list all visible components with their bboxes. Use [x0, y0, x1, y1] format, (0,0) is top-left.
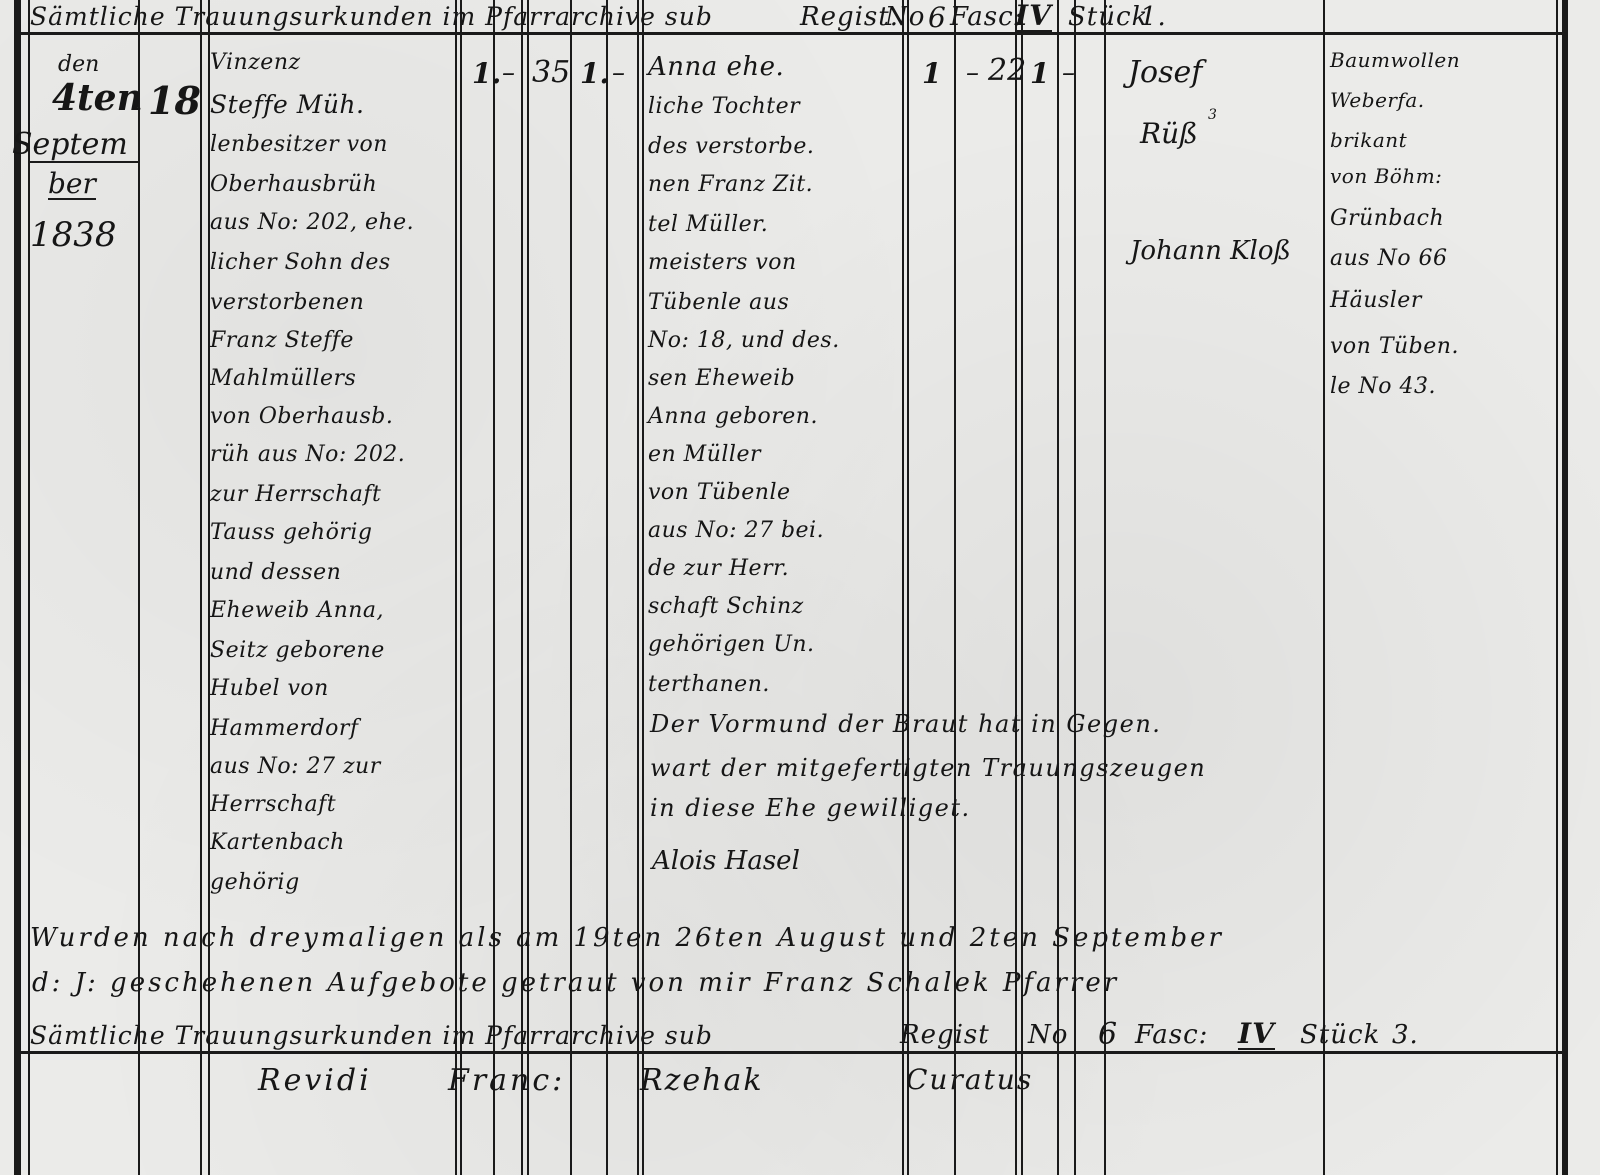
witness-line: Häusler — [1330, 288, 1422, 313]
witness-line: von Tüben. — [1330, 334, 1459, 359]
column-rule — [1057, 0, 1059, 1175]
column-rule — [606, 0, 608, 1175]
priest-line2: Rüß — [1140, 120, 1198, 148]
header-bottom-stueck-value: 3. — [1392, 1022, 1419, 1048]
column-rule — [521, 0, 523, 1175]
footer-note-line: Wurden nach dreymaligen als am 19ten 26t… — [30, 925, 1224, 951]
groom-age: 35 — [532, 58, 570, 88]
groom-religion-dash: – — [502, 60, 515, 86]
column-rule — [1015, 0, 1017, 1175]
groom-line: Hammerdorf — [210, 716, 359, 741]
groom-line: Eheweib Anna, — [210, 598, 384, 623]
header-rule-top — [20, 32, 1565, 35]
right-border-thick — [1562, 0, 1568, 1175]
groom-line: Mahlmüllers — [210, 366, 356, 391]
header-top-fasc-value: IV — [1015, 2, 1052, 32]
header-bottom-text: Sämtliche Trauungsurkunden im Pfarrarchi… — [30, 1023, 713, 1048]
revision-name: Rzehak — [640, 1066, 764, 1096]
bride-line: aus No: 27 bei. — [648, 518, 824, 543]
column-rule — [1556, 0, 1558, 1175]
bride-line: meisters von — [648, 250, 797, 275]
witness-line: aus No 66 — [1330, 246, 1448, 271]
header-bottom-no-label: No — [1028, 1022, 1068, 1048]
column-rule — [902, 0, 904, 1175]
column-rule — [455, 0, 457, 1175]
bride-line: schaft Schinz — [648, 594, 804, 619]
witness-line: von Böhm: — [1330, 164, 1442, 188]
revision-revidi: Revidi — [258, 1066, 372, 1096]
groom-line: zur Herrschaft — [210, 482, 381, 507]
column-rule — [493, 0, 495, 1175]
bride-line: Anna ehe. — [648, 52, 784, 82]
column-rule — [527, 0, 529, 1175]
date-month-a: Septem — [12, 130, 128, 160]
bride-line: tel Müller. — [648, 212, 768, 237]
date-den: den — [58, 54, 99, 76]
header-top-no-value: 6 — [928, 4, 947, 32]
column-rule — [637, 0, 639, 1175]
bride-line: von Tübenle — [648, 480, 791, 505]
header-bottom-stueck-label: Stück — [1300, 1022, 1380, 1048]
column-rule — [1074, 0, 1076, 1175]
column-rule — [954, 0, 956, 1175]
groom-line: lenbesitzer von — [210, 132, 388, 157]
header-bottom-no-value: 6 — [1098, 1020, 1118, 1050]
footer-note-line: d: J: geschehenen Aufgebote getraut von … — [32, 970, 1119, 996]
groom-line: rüh aus No: 202. — [210, 442, 405, 467]
date-year: 1838 — [30, 218, 117, 252]
column-rule — [1323, 0, 1325, 1175]
priest-line1: Josef — [1128, 58, 1202, 88]
witness-line: Baumwollen — [1330, 48, 1460, 72]
note-signature: Alois Hasel — [652, 848, 800, 874]
groom-line: Kartenbach — [210, 830, 345, 855]
header-top-text: Sämtliche Trauungsurkunden im Pfarrarchi… — [30, 4, 713, 29]
header-top-stueck-value: 1. — [1140, 4, 1167, 30]
bride-status-dash: – — [1062, 60, 1075, 86]
column-rule — [907, 0, 909, 1175]
note-line: Der Vormund der Braut hat in Gegen. — [650, 712, 1161, 736]
bride-line: sen Eheweib — [648, 366, 795, 391]
left-border-thick — [14, 0, 21, 1175]
register-page: Sämtliche Trauungsurkunden im Pfarrarchi… — [0, 0, 1600, 1175]
groom-catholic: 1. — [472, 60, 501, 88]
header-top-fasc-label: Fasc: — [950, 4, 1023, 30]
groom-line: aus No: 202, ehe. — [210, 210, 414, 235]
witness-line: brikant — [1330, 128, 1407, 152]
groom-line: und dessen — [210, 560, 341, 585]
groom-line: Vinzenz — [210, 50, 301, 75]
groom-line: Steffe Müh. — [210, 90, 364, 119]
groom-single: 1. — [580, 60, 609, 88]
header-top-no-label: No — [885, 4, 925, 30]
bride-line: de zur Herr. — [648, 556, 789, 581]
header-rule-bottom — [20, 1051, 1565, 1054]
groom-line: Herrschaft — [210, 792, 336, 817]
revision-franc: Franc: — [448, 1066, 565, 1096]
groom-line: Oberhausbrüh — [210, 172, 377, 197]
bride-line: nen Franz Zit. — [648, 172, 813, 197]
column-rule — [570, 0, 572, 1175]
groom-line: Franz Steffe — [210, 328, 354, 353]
revision-title: Curatus — [906, 1066, 1033, 1094]
column-rule — [28, 0, 30, 1175]
header-bottom-fasc-label: Fasc: — [1135, 1022, 1208, 1048]
groom-line: von Oberhausb. — [210, 404, 393, 429]
date-day: 4ten — [52, 80, 143, 116]
bride-line: terthanen. — [648, 672, 770, 697]
groom-line: Hubel von — [210, 676, 329, 701]
witness-line: Weberfa. — [1330, 88, 1425, 112]
groom-line: verstorbenen — [210, 290, 364, 315]
priest-signature: Johann Kloß — [1130, 238, 1291, 264]
witness-line: Grünbach — [1330, 206, 1444, 231]
column-rule — [642, 0, 644, 1175]
bride-line: No: 18, und des. — [648, 328, 840, 353]
bride-religion-dash: – — [966, 60, 979, 86]
bride-single: 1 — [1030, 60, 1049, 88]
priest-superscript: 3 — [1208, 108, 1217, 122]
bride-line: en Müller — [648, 442, 761, 467]
bride-age: 22 — [988, 56, 1026, 86]
witness-line: le No 43. — [1330, 374, 1436, 399]
groom-line: gehörig — [210, 870, 300, 895]
date-month-b: ber — [48, 170, 96, 200]
bride-line: des verstorbe. — [648, 134, 814, 159]
groom-status-dash: – — [612, 60, 625, 86]
bride-line: Tübenle aus — [648, 290, 789, 315]
groom-line: licher Sohn des — [210, 250, 391, 275]
column-rule — [138, 0, 140, 1175]
house-number: 18 — [148, 82, 201, 120]
header-bottom-regist: Regist — [900, 1022, 990, 1048]
bride-line: liche Tochter — [648, 94, 800, 119]
note-line: in diese Ehe gewilliget. — [650, 796, 971, 820]
groom-line: aus No: 27 zur — [210, 754, 381, 779]
bride-line: Anna geboren. — [648, 404, 818, 429]
bride-line: gehörigen Un. — [648, 632, 815, 657]
groom-line: Tauss gehörig — [210, 520, 372, 545]
groom-line: Seitz geborene — [210, 638, 385, 663]
column-rule — [200, 0, 202, 1175]
bride-catholic: 1 — [922, 60, 941, 88]
note-line: wart der mitgefertigten Trauungszeugen — [650, 756, 1206, 780]
header-top-stueck-label: Stück — [1068, 4, 1148, 30]
header-bottom-fasc-value: IV — [1238, 1020, 1275, 1050]
column-rule — [1021, 0, 1023, 1175]
column-rule — [460, 0, 462, 1175]
column-rule — [1104, 0, 1106, 1175]
